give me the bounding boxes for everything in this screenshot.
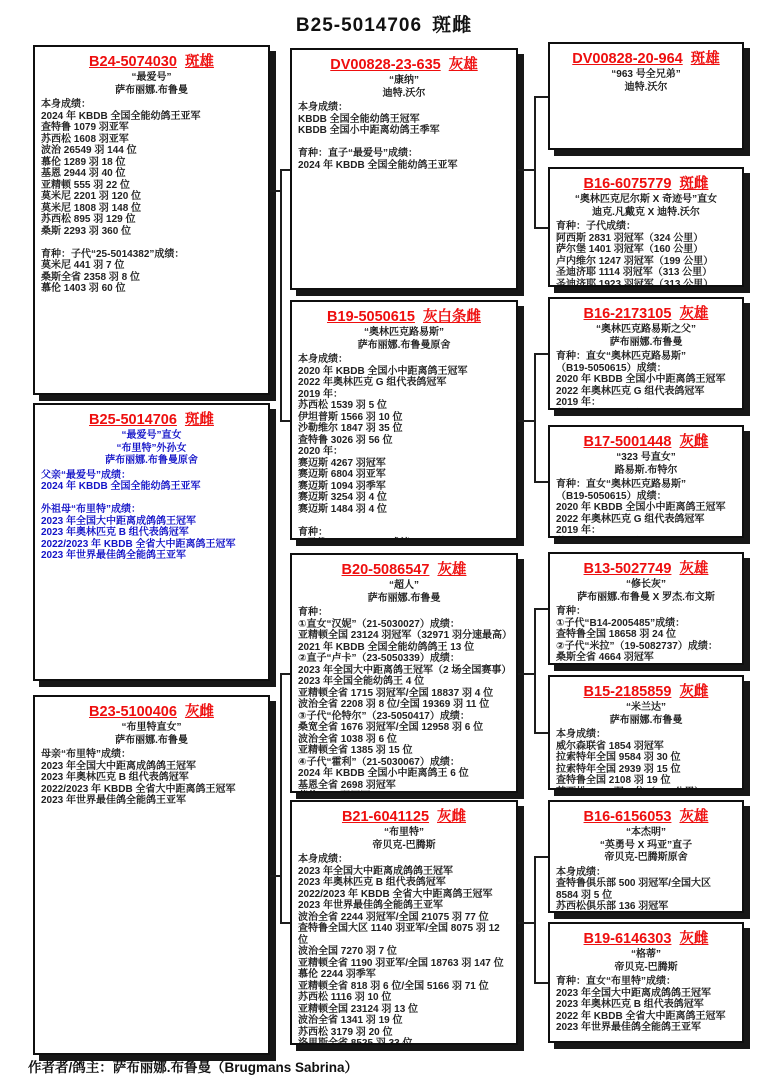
box-title: B25-5014706斑雌 [41, 408, 262, 429]
ring-number: B19-5050615 [327, 309, 415, 325]
pedigree-box-dam-sire-sire: B13-5027749灰雄 “修长灰”萨布丽娜.布鲁曼 X 罗杰.布文斯 育种：… [548, 552, 744, 665]
ring-number: B19-6146303 [584, 931, 672, 947]
pedigree-connector [270, 190, 280, 192]
box-result-line: 育种：子代成绩： [556, 221, 736, 233]
box-title: B24-5074030斑雄 [41, 50, 262, 71]
pedigree-connector [518, 673, 534, 675]
box-result-line [41, 237, 262, 249]
box-result-line: 2020 年 KBDB 全国小中距离鸽王冠军 [556, 374, 736, 386]
box-result-line: 慕伦 2244 羽季军 [298, 969, 510, 981]
box-result-line: 外祖母“布里特”成绩： [41, 504, 262, 516]
pedigree-connector [270, 875, 280, 877]
box-result-line: 莫米尼 2201 羽 120 位 [41, 191, 262, 203]
box-body-lines: 本身成绩：2020 年 KBDB 全国小中距离鸽王冠军2022 年奥林匹克 G … [298, 354, 510, 540]
pedigree-box-subject: B25-5014706斑雌 “最爱号”直女“布里特”外孙女萨布丽娜.布鲁曼原舍 … [33, 403, 270, 681]
box-result-line: 洛里斯全省 8525 羽 33 位 [298, 1038, 510, 1045]
box-center-lines: “963 号全兄弟”迪特.沃尔 [556, 69, 736, 94]
pedigree-connector [534, 608, 536, 734]
box-result-line: 本身成绩： [298, 102, 510, 114]
box-result-line: 莫米尼 1808 羽 148 位 [41, 203, 262, 215]
box-name-line: 萨布丽娜.布鲁曼 [41, 735, 262, 748]
sex-label: 斑雌 [185, 412, 214, 428]
ring-number: B21-6041125 [342, 809, 429, 825]
pedigree-box-sire-sire-sire: DV00828-20-964斑雄 “963 号全兄弟”迪特.沃尔 [548, 42, 744, 150]
box-result-line: 2019 年： [556, 525, 736, 537]
pedigree-connector [534, 481, 548, 483]
box-result-line: 亚精顿全省 1190 羽亚军/全国 18763 羽 147 位 [298, 958, 510, 970]
box-title: DV00828-20-964斑雄 [556, 47, 736, 68]
box-result-line: 波治全省 2208 羽 8 位/全国 19369 羽 11 位 [298, 699, 510, 711]
box-result-line: 莫米尼 441 羽 7 位 [41, 260, 262, 272]
box-result-line: 2021 年 KBDB 全国全能幼鸽鸽王 13 位 [298, 642, 510, 654]
box-title: B13-5027749灰雄 [556, 557, 736, 578]
box-result-line: 2024 年 KBDB 全国全能幼鸽王亚军 [41, 481, 262, 493]
box-result-line: 苏西松 3179 羽 20 位 [298, 1027, 510, 1039]
box-result-line: 父亲“最爱号”成绩： [41, 470, 262, 482]
ring-number: B16-2173105 [584, 306, 672, 322]
box-result-line: 波治全省 2244 羽冠军/全国 21075 羽 77 位 [298, 912, 510, 924]
box-name-line: 萨布丽娜.布鲁曼 [556, 715, 736, 728]
box-result-line: 苏西松 1539 羽 5 位 [556, 537, 736, 539]
box-result-line: 本身成绩： [41, 99, 262, 111]
pedigree-box-sire-dam-sire: B16-2173105灰雄 “奥林匹克路易斯之父”萨布丽娜.布鲁曼 育种：直女“… [548, 297, 744, 410]
pedigree-connector [534, 732, 548, 734]
box-title: B16-6075779斑雌 [556, 172, 736, 193]
box-name-line: “最爱号” [41, 72, 262, 85]
pedigree-box-sire-sire-dam: B16-6075779斑雌 “奥林匹克尼尔斯 X 奇迹号”直女迪克.凡戴克 X … [548, 167, 744, 287]
box-center-lines: “布里特”帝贝克-巴腾斯 [298, 827, 510, 852]
box-name-line: “超人” [298, 580, 510, 593]
box-name-line: 帝贝克-巴腾斯 [556, 962, 736, 975]
box-title: B15-2185859灰雌 [556, 680, 736, 701]
box-result-line: 波治全省 1038 羽 6 位 [298, 734, 510, 746]
pedigree-connector [518, 169, 534, 171]
sex-label: 灰雌 [185, 704, 214, 720]
box-center-lines: “323 号直女”路易斯.布特尔 [556, 452, 736, 477]
box-center-lines: “最爱号”直女“布里特”外孙女萨布丽娜.布鲁曼原舍 [41, 430, 262, 468]
page-title: B25-5014706斑雌 [0, 10, 768, 37]
box-result-line: 2023 年全国大中距离成鸽鸽王冠军 [556, 988, 736, 1000]
pedigree-connector [534, 982, 548, 984]
box-result-line: 查特鲁全国大区 1140 羽亚军/全国 8075 羽 12 位 [298, 923, 510, 946]
box-name-line: 迪克.凡戴克 X 迪特.沃尔 [556, 207, 736, 220]
box-result-line: 苏西松 1877 羽 7 位（208 公里） [556, 787, 736, 791]
box-result-line: 桑宽全省 1676 羽冠军/全国 12958 羽 6 位 [298, 722, 510, 734]
box-result-line: ①子代“B14-2005485”成绩： [556, 618, 736, 630]
box-result-line: ③子代“伦特尔”（23-5050417）成绩： [298, 711, 510, 723]
pedigree-box-dam-sire-dam: B15-2185859灰雌 “米兰达”萨布丽娜.布鲁曼 本身成绩：威尔森联省 1… [548, 675, 744, 790]
box-result-line: 查特鲁 3026 羽 56 位 [298, 435, 510, 447]
pedigree-page: B25-5014706斑雌 B24-5074030斑雄 “最爱号”萨布丽娜.布鲁… [0, 0, 768, 1086]
pedigree-connector [280, 673, 282, 924]
pedigree-connector [534, 96, 536, 229]
box-result-line: 慕伦 628 羽冠军 [298, 791, 510, 793]
box-result-line: 育种：直女“奥林匹克路易斯” [556, 351, 736, 363]
pedigree-connector [534, 856, 536, 984]
box-result-line: 2020 年： [298, 446, 510, 458]
box-result-line [298, 137, 510, 149]
box-title: B19-6146303灰雌 [556, 927, 736, 948]
box-result-line: 2023 年奥林匹克 B 组代表鸽冠军 [556, 999, 736, 1011]
box-result-line: 2020 年 KBDB 全国小中距离鸽王冠军 [298, 366, 510, 378]
box-result-line: 查特鲁 1079 羽亚军 [41, 122, 262, 134]
box-result-line: ①子代“22-5034436”成绩： [298, 538, 510, 540]
box-result-line: 亚精顿 555 羽 22 位 [41, 180, 262, 192]
footer-author-line: 作者者/鸽主：萨布丽娜.布鲁曼（Brugmans Sabrina） [28, 1056, 748, 1076]
box-result-line: 育种：直子“最爱号”成绩： [298, 148, 510, 160]
box-result-line: 2022/2023 年 KBDB 全省大中距离鸽王冠军 [41, 784, 262, 796]
box-result-line: 赛迈斯 1484 羽 4 位 [298, 504, 510, 516]
ring-number: B16-6075779 [584, 176, 672, 192]
box-name-line: “323 号直女” [556, 452, 736, 465]
box-result-line: 2023 年奥林匹克 B 组代表鸽冠军 [41, 527, 262, 539]
box-name-line: “修长灰” [556, 579, 736, 592]
box-center-lines: “本杰明”“英勇号 X 玛亚”直子帝贝克-巴腾斯原舍 [556, 827, 736, 865]
box-title: B20-5086547灰雄 [298, 558, 510, 579]
pedigree-box-sire-dam-dam: B17-5001448灰雌 “323 号直女”路易斯.布特尔 育种：直女“奥林匹… [548, 425, 744, 538]
box-title: B16-6156053灰雄 [556, 805, 736, 826]
box-result-line: 2022/2023 年 KBDB 全省大中距离鸽王冠军 [41, 539, 262, 551]
box-result-line: 2022 年奥林匹克 G 组代表鸽冠军 [556, 514, 736, 526]
box-result-line: 2019 年： [556, 397, 736, 409]
box-title: B17-5001448灰雌 [556, 430, 736, 451]
box-center-lines: “超人”萨布丽娜.布鲁曼 [298, 580, 510, 605]
box-result-line: 赛迈斯 6804 羽亚军 [298, 469, 510, 481]
box-name-line: “最爱号”直女 [41, 430, 262, 443]
pedigree-connector [534, 608, 548, 610]
box-result-line: 2023 年全国大中距离成鸽鸽王冠军 [41, 761, 262, 773]
box-result-line: 桑斯 2293 羽 360 位 [41, 226, 262, 238]
box-center-lines: “康纳”迪特.沃尔 [298, 75, 510, 100]
box-result-line [298, 515, 510, 527]
page-title-sex: 斑雌 [432, 15, 472, 36]
ring-number: B13-5027749 [584, 561, 672, 577]
box-result-line: 亚精顿全国 23124 羽 13 位 [298, 1004, 510, 1016]
box-name-line: “康纳” [298, 75, 510, 88]
box-result-line: 基恩全省 2698 羽冠军 [298, 780, 510, 792]
pedigree-box-sire: B24-5074030斑雄 “最爱号”萨布丽娜.布鲁曼 本身成绩：2024 年 … [33, 45, 270, 395]
box-body-lines: 母亲“布里特”成绩：2023 年全国大中距离成鸽鸽王冠军2023 年奥林匹克 B… [41, 749, 262, 807]
box-result-line: 慕伦 1403 羽 60 位 [41, 283, 262, 295]
ring-number: DV00828-23-635 [330, 57, 440, 73]
ring-number: B25-5014706 [89, 412, 177, 428]
box-result-line: 育种：直女“奥林匹克路易斯” [556, 479, 736, 491]
ring-number: B17-5001448 [584, 434, 672, 450]
box-name-line: “本杰明” [556, 827, 736, 840]
pedigree-box-dam-dam-dam: B19-6146303灰雌 “格蒂”帝贝克-巴腾斯 育种：直女“布里特”成绩：2… [548, 922, 744, 1043]
box-result-line: 亚精顿全省 1715 羽冠军/全国 18837 羽 4 位 [298, 688, 510, 700]
sex-label: 灰雄 [449, 57, 478, 73]
box-body-lines: 本身成绩：威尔森联省 1854 羽冠军拉索特年全国 9584 羽 30 位拉索特… [556, 729, 736, 790]
box-result-line: 育种： [556, 606, 736, 618]
box-body-lines: 育种：直女“布里特”成绩：2023 年全国大中距离成鸽鸽王冠军2023 年奥林匹… [556, 976, 736, 1034]
box-name-line: 萨布丽娜.布鲁曼原舍 [41, 455, 262, 468]
box-result-line: 威尔森联省 1854 羽冠军 [556, 741, 736, 753]
box-result-line: 2023 年全国大中距离成鸽鸽王冠军 [41, 516, 262, 528]
box-center-lines: “奥林匹克路易斯”萨布丽娜.布鲁曼原舍 [298, 327, 510, 352]
box-result-line: KBDB 全国小中距离幼鸽王季军 [298, 125, 510, 137]
pedigree-connector [518, 420, 534, 422]
box-name-line: “963 号全兄弟” [556, 69, 736, 82]
box-name-line: 帝贝克-巴腾斯 [298, 840, 510, 853]
box-result-line: 圣迪济耶 1923 羽冠军（313 公里） [556, 279, 736, 288]
box-result-line: 2022 年 KBDB 全省大中距离鸽王冠军 [556, 1011, 736, 1023]
box-name-line: 萨布丽娜.布鲁曼 [41, 85, 262, 98]
box-result-line: KBDB 全国全能幼鸽王冠军 [298, 114, 510, 126]
box-name-line: 萨布丽娜.布鲁曼 [556, 337, 736, 350]
box-result-line: 2023 年奥林匹克 B 组代表鸽冠军 [41, 772, 262, 784]
pedigree-box-dam-dam: B21-6041125灰雌 “布里特”帝贝克-巴腾斯 本身成绩：2023 年全国… [290, 800, 518, 1045]
pedigree-connector [534, 227, 548, 229]
box-title: DV00828-23-635灰雄 [298, 53, 510, 74]
box-result-line: 2024 年 KBDB 全国小中距离鸽王 6 位 [298, 768, 510, 780]
box-body-lines: 育种：①子代“B14-2005485”成绩：查特鲁全国 18658 羽 24 位… [556, 606, 736, 665]
pedigree-connector [534, 856, 548, 858]
box-result-line: 桑斯全省 4664 羽冠军 [556, 652, 736, 664]
sex-label: 灰雄 [679, 809, 708, 825]
box-result-line: 本身成绩： [556, 867, 736, 879]
box-name-line: “格蒂” [556, 949, 736, 962]
box-name-line: “奥林匹克路易斯” [298, 327, 510, 340]
box-result-line [41, 493, 262, 505]
box-body-lines: 本身成绩：2024 年 KBDB 全国全能幼鸽王亚军查特鲁 1079 羽亚军苏西… [41, 99, 262, 295]
box-result-line: 慕伦 1289 羽 18 位 [41, 157, 262, 169]
box-title: B19-5050615灰白条雌 [298, 305, 510, 326]
box-name-line: 萨布丽娜.布鲁曼原舍 [298, 340, 510, 353]
box-result-line: ②子代“米拉”（19-5082737）成绩： [556, 641, 736, 653]
box-result-line: （B19-5050615）成绩： [556, 491, 736, 503]
box-name-line: 萨布丽娜.布鲁曼 X 罗杰.布文斯 [556, 592, 736, 605]
box-result-line: 苏西松 895 羽 129 位 [41, 214, 262, 226]
pedigree-box-dam: B23-5100406灰雌 “布里特直女”萨布丽娜.布鲁曼 母亲“布里特”成绩：… [33, 695, 270, 1055]
sex-label: 灰雄 [437, 562, 466, 578]
pedigree-box-sire-sire: DV00828-23-635灰雄 “康纳”迪特.沃尔 本身成绩：KBDB 全国全… [290, 48, 518, 290]
box-result-line: 赛迈斯 3254 羽 4 位 [298, 492, 510, 504]
box-result-line: 亚精顿全省 818 羽 6 位/全国 5166 羽 71 位 [298, 981, 510, 993]
box-result-line: 2019 年： [298, 389, 510, 401]
box-result-line: 赛迈斯 4267 羽冠军 [298, 458, 510, 470]
sex-label: 斑雄 [185, 54, 214, 70]
box-result-line: 育种： [298, 607, 510, 619]
sex-label: 灰雌 [437, 809, 466, 825]
box-body-lines: 父亲“最爱号”成绩：2024 年 KBDB 全国全能幼鸽王亚军 外祖母“布里特”… [41, 470, 262, 562]
pedigree-box-dam-dam-sire: B16-6156053灰雄 “本杰明”“英勇号 X 玛亚”直子帝贝克-巴腾斯原舍… [548, 800, 744, 913]
box-result-line: 育种：子代“25-5014382”成绩： [41, 249, 262, 261]
box-result-line: 2024 年 KBDB 全国全能幼鸽王亚军 [41, 111, 262, 123]
box-result-line: ①直女“汉妮”（21-5030027）成绩： [298, 619, 510, 631]
box-name-line: “英勇号 X 玛亚”直子 [556, 840, 736, 853]
box-name-line: 迪特.沃尔 [556, 82, 736, 95]
box-body-lines: 育种：①直女“汉妮”（21-5030027）成绩：亚精顿全国 23124 羽冠军… [298, 607, 510, 793]
box-result-line: 母亲“布里特”成绩： [41, 749, 262, 761]
box-result-line: 本身成绩： [298, 354, 510, 366]
box-result-line: 阿西斯 2831 羽冠军（324 公里） [556, 233, 736, 245]
box-name-line: “布里特”外孙女 [41, 443, 262, 456]
sex-label: 灰雄 [679, 561, 708, 577]
sex-label: 灰雌 [679, 931, 708, 947]
box-result-line: 苏西松 1539 羽 5 位 [556, 409, 736, 411]
box-result-line: 波治 26549 羽 144 位 [41, 145, 262, 157]
box-result-line: 亚精顿全省 1385 羽 15 位 [298, 745, 510, 757]
box-result-line: 拉索特年全国 9584 羽 30 位 [556, 752, 736, 764]
sex-label: 斑雄 [691, 51, 720, 67]
ring-number: B15-2185859 [584, 684, 672, 700]
box-result-line: 2022 年奥林匹克 G 组代表鸽冠军 [556, 386, 736, 398]
box-result-line: 亚精顿全国 23124 羽冠军（32971 羽分速最高） [298, 630, 510, 642]
box-result-line: 圣迪济耶 1114 羽冠军（313 公里） [556, 267, 736, 279]
box-result-line: 波治全国 7270 羽 7 位 [298, 946, 510, 958]
box-result-line: 2020 年 KBDB 全国小中距离鸽王冠军 [556, 502, 736, 514]
sex-label: 斑雌 [679, 176, 708, 192]
box-result-line: 查特鲁全国 2108 羽 19 位 [556, 775, 736, 787]
box-name-line: 萨布丽娜.布鲁曼 [298, 593, 510, 606]
box-body-lines: 本身成绩：2023 年全国大中距离成鸽鸽王冠军2023 年奥林匹克 B 组代表鸽… [298, 854, 510, 1045]
box-name-line: 迪特.沃尔 [298, 88, 510, 101]
box-result-line: 沙勒维尔 1847 羽 35 位 [298, 423, 510, 435]
box-result-line: 2022 年奥林匹克 G 组代表鸽冠军 [298, 377, 510, 389]
pedigree-connector [534, 353, 548, 355]
ring-number: B24-5074030 [89, 54, 177, 70]
box-name-line: “米兰达” [556, 702, 736, 715]
box-result-line: 2022/2023 年 KBDB 全省大中距离鸽王冠军 [298, 889, 510, 901]
box-result-line: ②直子“卢卡”（23-5050339）成绩： [298, 653, 510, 665]
pedigree-connector [534, 96, 548, 98]
box-name-line: 帝贝克-巴腾斯原舍 [556, 852, 736, 865]
pedigree-connector [518, 922, 534, 924]
box-result-line: 2023 年全国全能幼鸽王 4 位 [298, 676, 510, 688]
pedigree-connector [280, 420, 290, 422]
box-result-line: 2023 年奥林匹克 B 组代表鸽冠军 [298, 877, 510, 889]
box-result-line: 本身成绩： [298, 854, 510, 866]
box-center-lines: “米兰达”萨布丽娜.布鲁曼 [556, 702, 736, 727]
box-result-line: 查特鲁全国 18658 羽 24 位 [556, 629, 736, 641]
box-result-line: 伊坦普斯 1566 羽 10 位 [298, 412, 510, 424]
pedigree-connector [280, 673, 290, 675]
ring-number: B20-5086547 [342, 562, 430, 578]
box-result-line: 苏西松俱乐部 136 羽冠军 [556, 901, 736, 913]
box-result-line: 慕伦全省 1060 羽冠军 [556, 664, 736, 666]
box-title: B23-5100406灰雌 [41, 700, 262, 721]
box-center-lines: “格蒂”帝贝克-巴腾斯 [556, 949, 736, 974]
pedigree-connector [280, 922, 290, 924]
box-result-line: （B19-5050615）成绩： [556, 363, 736, 375]
box-body-lines: 育种：直女“奥林匹克路易斯”（B19-5050615）成绩：2020 年 KBD… [556, 351, 736, 410]
box-result-line: 2023 年全国大中距离鸽王冠军（2 场全国赛事） [298, 665, 510, 677]
pedigree-connector [534, 353, 536, 483]
box-result-line: 苏西松 1116 羽 10 位 [298, 992, 510, 1004]
pedigree-box-dam-sire: B20-5086547灰雄 “超人”萨布丽娜.布鲁曼 育种：①直女“汉妮”（21… [290, 553, 518, 793]
box-center-lines: “布里特直女”萨布丽娜.布鲁曼 [41, 722, 262, 747]
pedigree-connector [280, 169, 282, 422]
box-result-line: 育种： [298, 527, 510, 539]
box-result-line: 苏西松 1608 羽亚军 [41, 134, 262, 146]
box-result-line: 拉索特年全国 2939 羽 15 位 [556, 764, 736, 776]
box-result-line: ④子代“霍利”（21-5030067）成绩： [298, 757, 510, 769]
box-result-line: 本身成绩： [556, 729, 736, 741]
box-name-line: 路易斯.布特尔 [556, 465, 736, 478]
box-result-line: 萨尔堡 1401 羽冠军（160 公里） [556, 244, 736, 256]
box-result-line: 2024 年 KBDB 全国全能幼鸽王亚军 [298, 160, 510, 172]
box-body-lines: 育种：子代成绩：阿西斯 2831 羽冠军（324 公里）萨尔堡 1401 羽冠军… [556, 221, 736, 287]
box-result-line: 2023 年世界最佳鸽全能鸽王亚军 [298, 900, 510, 912]
box-result-line: 基恩 2944 羽 40 位 [41, 168, 262, 180]
box-name-line: “奥林匹克路易斯之父” [556, 324, 736, 337]
box-center-lines: “最爱号”萨布丽娜.布鲁曼 [41, 72, 262, 97]
box-result-line: 2023 年世界最佳鸽全能鸽王亚军 [41, 550, 262, 562]
pedigree-box-sire-dam: B19-5050615灰白条雌 “奥林匹克路易斯”萨布丽娜.布鲁曼原舍 本身成绩… [290, 300, 518, 540]
box-result-line: 2023 年世界最佳鸽全能鸽王亚军 [556, 1022, 736, 1034]
box-result-line: 桑斯全省 2358 羽 8 位 [41, 272, 262, 284]
box-center-lines: “奥林匹克路易斯之父”萨布丽娜.布鲁曼 [556, 324, 736, 349]
box-result-line: 波治全省 1341 羽 19 位 [298, 1015, 510, 1027]
sex-label: 灰雄 [679, 306, 708, 322]
pedigree-connector [280, 169, 290, 171]
ring-number: B16-6156053 [584, 809, 672, 825]
box-result-line: 赛迈斯 1094 羽季军 [298, 481, 510, 493]
box-name-line: “布里特” [298, 827, 510, 840]
box-body-lines: 育种：直女“奥林匹克路易斯”（B19-5050615）成绩：2020 年 KBD… [556, 479, 736, 538]
box-center-lines: “奥林匹克尼尔斯 X 奇迹号”直女迪克.凡戴克 X 迪特.沃尔 [556, 194, 736, 219]
box-title: B21-6041125灰雌 [298, 805, 510, 826]
box-name-line: “布里特直女” [41, 722, 262, 735]
sex-label: 灰白条雌 [423, 309, 481, 325]
box-title: B16-2173105灰雄 [556, 302, 736, 323]
ring-number: B23-5100406 [89, 704, 177, 720]
sex-label: 灰雌 [679, 684, 708, 700]
box-name-line: “奥林匹克尼尔斯 X 奇迹号”直女 [556, 194, 736, 207]
box-body-lines: 本身成绩：KBDB 全国全能幼鸽王冠军KBDB 全国小中距离幼鸽王季军 育种：直… [298, 102, 510, 171]
box-result-line: 查特鲁俱乐部 500 羽冠军/全国大区 8584 羽 5 位 [556, 878, 736, 901]
box-result-line: 苏西松 1539 羽 5 位 [298, 400, 510, 412]
box-center-lines: “修长灰”萨布丽娜.布鲁曼 X 罗杰.布文斯 [556, 579, 736, 604]
box-result-line: 2023 年全国大中距离成鸽鸽王冠军 [298, 866, 510, 878]
box-result-line: 卢内维尔 1247 羽冠军（199 公里） [556, 256, 736, 268]
sex-label: 灰雌 [679, 434, 708, 450]
box-result-line: 2023 年世界最佳鸽全能鸽王亚军 [41, 795, 262, 807]
page-title-ring: B25-5014706 [296, 15, 422, 36]
ring-number: DV00828-20-964 [572, 51, 682, 67]
box-result-line: 育种：直女“布里特”成绩： [556, 976, 736, 988]
box-body-lines: 本身成绩：查特鲁俱乐部 500 羽冠军/全国大区 8584 羽 5 位苏西松俱乐… [556, 867, 736, 913]
